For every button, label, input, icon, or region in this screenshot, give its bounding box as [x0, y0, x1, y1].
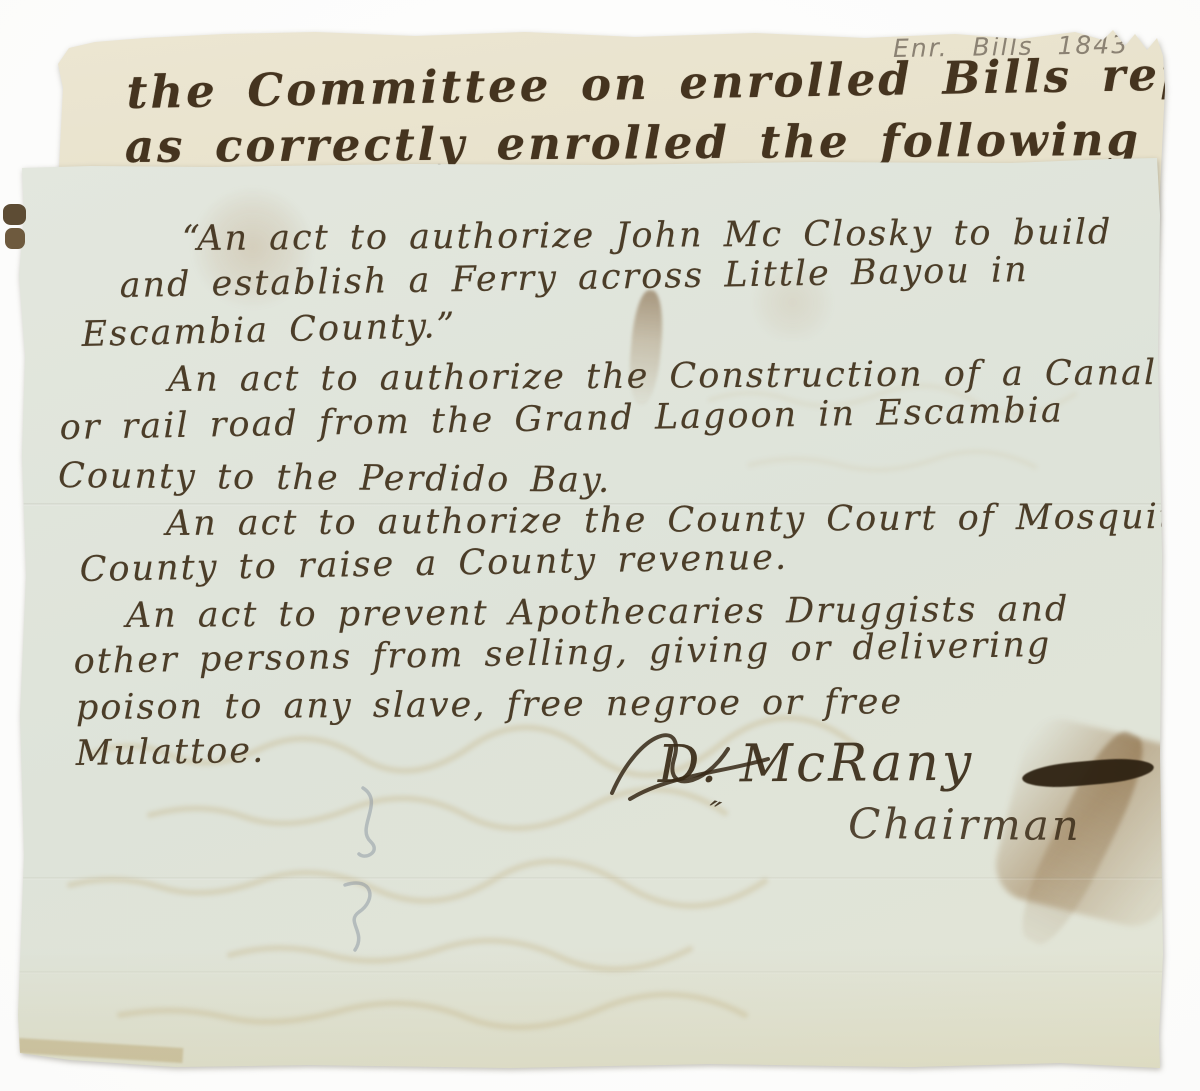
bill-title-line: other persons from selling, giving or de…: [73, 628, 1051, 680]
fold-crease: [10, 877, 1165, 880]
signature-name: D. McRany: [658, 737, 975, 791]
report-sheet-wrap: “An act to authorize John Mc Closky to b…: [10, 155, 1165, 1077]
bill-title-line: and establish a Ferry across Little Bayo…: [119, 253, 1029, 304]
stain: [18, 1038, 184, 1063]
header-note-line: the Committee on enrolled Bills report: [126, 50, 1167, 115]
bill-title-line: An act to authorize the County Court of …: [166, 500, 1165, 542]
report-sheet: “An act to authorize John Mc Closky to b…: [10, 155, 1165, 1077]
paper-discoloration: [10, 947, 1165, 1077]
bill-title-line: Mulattoe.: [75, 734, 265, 772]
torn-edge-fragment: [3, 204, 26, 225]
fold-crease: [10, 971, 1165, 974]
scanned-document-page: Enr. Bills 1843 the Committee on enrolle…: [0, 0, 1200, 1091]
bill-title-line: or rail road from the Grand Lagoon in Es…: [59, 393, 1064, 446]
pencil-marks: [315, 780, 425, 960]
bill-title-line: County to the Perdido Bay.: [58, 459, 611, 499]
torn-edge-fragment: [5, 228, 25, 249]
bill-title-line: County to raise a County revenue.: [79, 541, 788, 588]
bill-title-line: Escambia County.”: [81, 309, 457, 353]
ink-blot: [1021, 755, 1155, 790]
signature-title: Chairman: [848, 803, 1082, 847]
